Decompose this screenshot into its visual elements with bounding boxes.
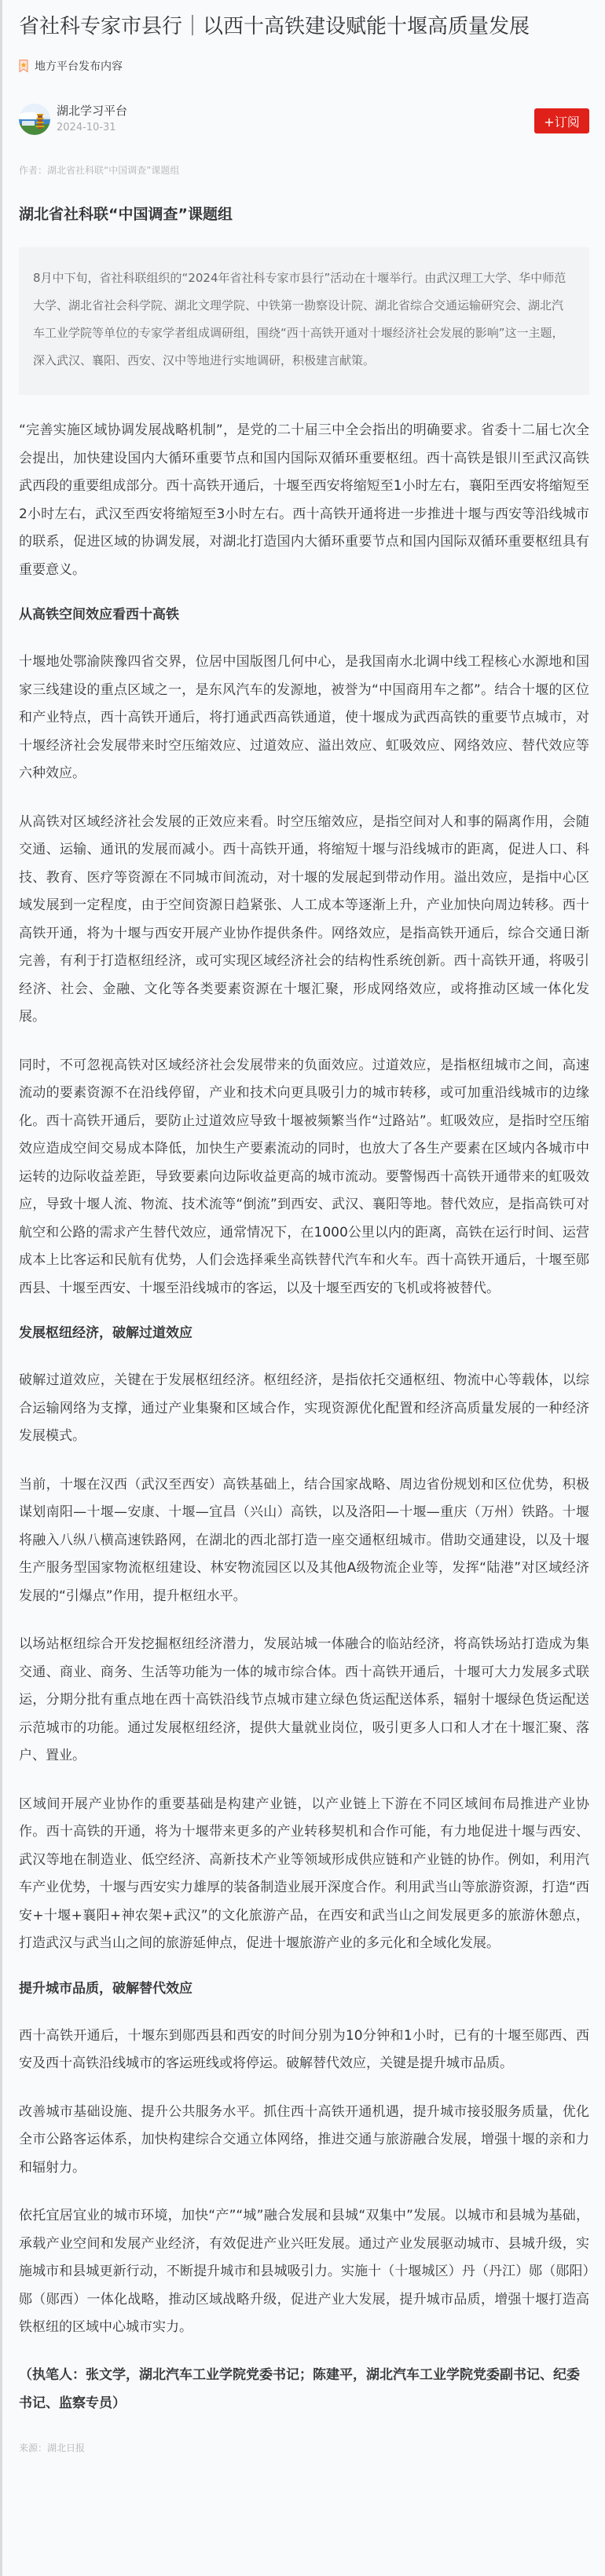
- body-paragraph: 区域间开展产业协作的重要基础是构建产业链，以产业链上下游在不同区域间布局推进产业…: [19, 1791, 589, 1958]
- publish-date: 2024-10-31: [57, 120, 127, 136]
- avatar[interactable]: [19, 104, 50, 135]
- body-paragraph: 当前，十堰在汉西（武汉至西安）高铁基础上，结合国家战略、周边省份规划和区位优势，…: [19, 1471, 589, 1611]
- publisher-meta: 湖北学习平台 2024-10-31: [57, 103, 127, 136]
- publisher-row: 湖北学习平台 2024-10-31 +订阅: [19, 102, 589, 137]
- article-source: 来源：湖北日报: [19, 2441, 589, 2455]
- article-byline: 作者：湖北省社科联“中国调查”课题组: [19, 163, 589, 177]
- section-heading: 发展枢纽经济，破解过道效应: [19, 1320, 589, 1346]
- authors-note: （执笔人：张文学，湖北汽车工业学院党委书记；陈建平，湖北汽车工业学院党委副书记、…: [19, 2361, 589, 2417]
- body-paragraph: 依托宜居宜业的城市环境，加快“产”“城”融合发展和县城“双集中”发展。以城市和县…: [19, 2202, 589, 2342]
- platform-badge-label: 地方平台发布内容: [35, 58, 123, 74]
- body-paragraph: 破解过道效应，关键在于发展枢纽经济。枢纽经济，是指依托交通枢纽、物流中心等载体，…: [19, 1367, 589, 1451]
- section-heading: 提升城市品质，破解替代效应: [19, 1975, 589, 2002]
- platform-badge: 地方平台发布内容: [19, 57, 589, 75]
- article-title: 省社科专家市县行｜以西十高铁建设赋能十堰高质量发展: [19, 0, 589, 41]
- group-title: 湖北省社科联“中国调查”课题组: [19, 203, 589, 225]
- body-paragraph: 十堰地处鄂渝陕豫四省交界，位居中国版图几何中心，是我国南水北调中线工程核心水源地…: [19, 649, 589, 788]
- bookmark-star-icon: [19, 60, 28, 72]
- body-paragraph: 从高铁对区域经济社会发展的正效应来看。时空压缩效应，是指空间对人和事的隔离作用，…: [19, 809, 589, 1032]
- subscribe-button[interactable]: +订阅: [534, 108, 589, 133]
- publisher-name[interactable]: 湖北学习平台: [57, 103, 127, 119]
- body-paragraph: 以场站枢纽综合开发挖掘枢纽经济潜力，发展站城一体融合的临站经济，将高铁场站打造成…: [19, 1631, 589, 1770]
- summary-box: 8月中下旬，省社科联组织的“2024年省社科专家市县行”活动在十堰举行。由武汉理…: [19, 247, 589, 395]
- body-paragraph: 同时，不可忽视高铁对区域经济社会发展带来的负面效应。过道效应，是指枢纽城市之间，…: [19, 1052, 589, 1303]
- intro-paragraph: “完善实施区域协调发展战略机制”，是党的二十届三中全会指出的明确要求。省委十二届…: [19, 417, 589, 584]
- section-heading: 从高铁空间效应看西十高铁: [19, 601, 589, 628]
- article-page: 省社科专家市县行｜以西十高铁建设赋能十堰高质量发展 地方平台发布内容: [2, 0, 605, 2455]
- body-paragraph: 西十高铁开通后，十堰东到郧西县和西安的时间分别为10分钟和1小时，已有的十堰至郧…: [19, 2022, 589, 2078]
- body-paragraph: 改善城市基础设施、提升公共服务水平。抓住西十高铁开通机遇，提升城市接驳服务质量，…: [19, 2099, 589, 2183]
